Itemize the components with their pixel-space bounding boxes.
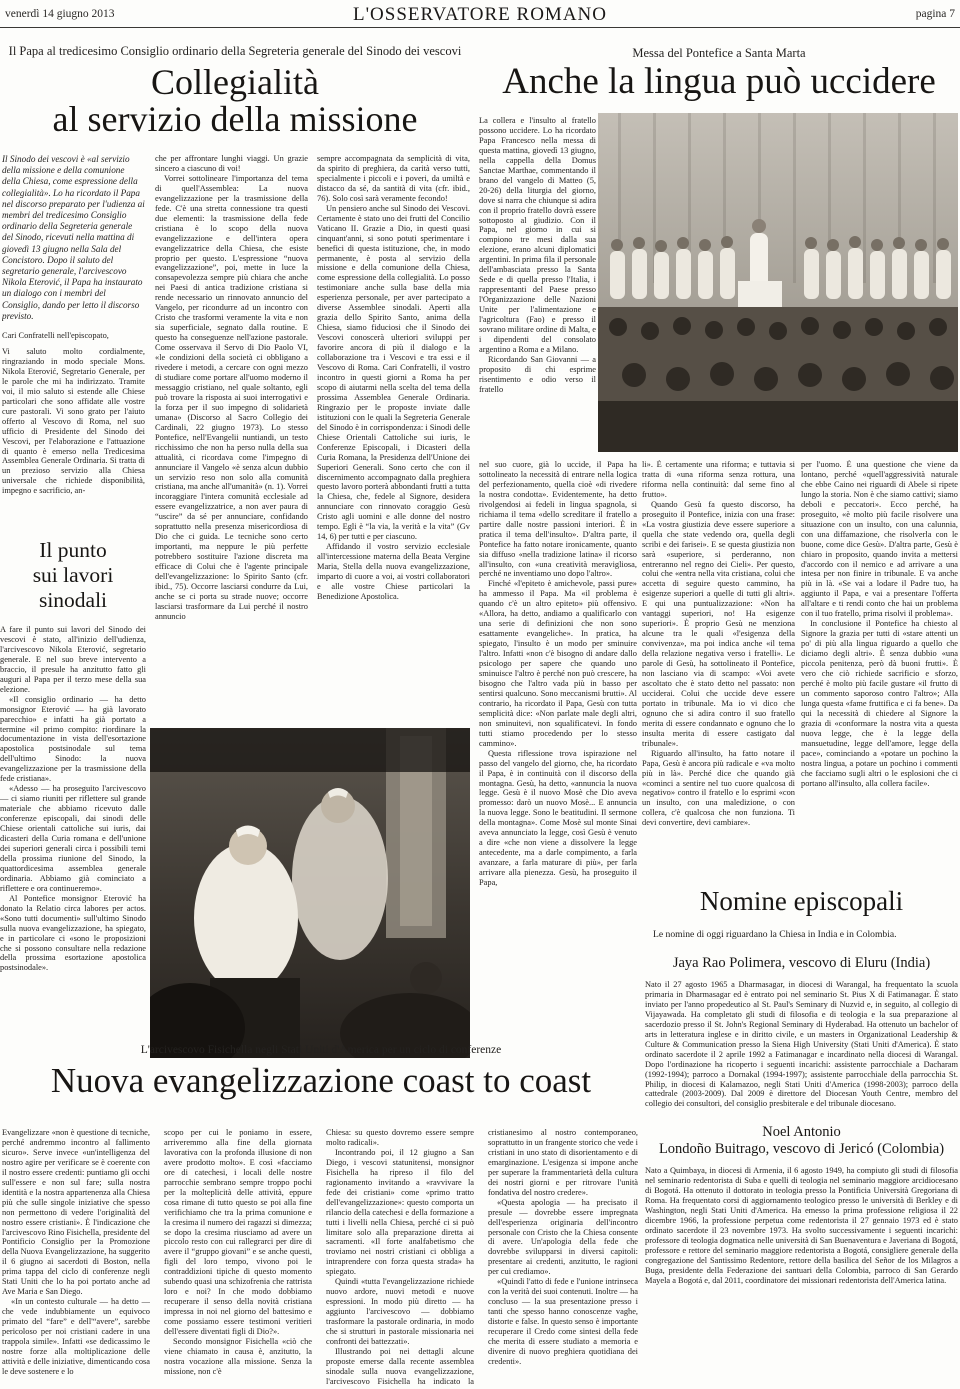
nomine-intro: Le nomine di oggi riguardano la Chiesa i… (645, 929, 958, 940)
right-article-column-a: nel suo cuore, già lo uccide, il Papa ha… (479, 460, 637, 1012)
bottom-article-headline: Nuova evangelizzazione coast to coast (0, 1062, 642, 1099)
left-article-column-2: che per affrontare lunghi viaggi. Un gra… (155, 154, 308, 724)
audience-photo (150, 728, 470, 1058)
nomine-title: Nomine episcopali (645, 886, 958, 916)
nomine-entry2-bio: Nato a Quimbaya, in diocesi di Armenia, … (645, 1166, 958, 1285)
page-number: pagina 7 (916, 8, 955, 20)
sidebar-box-title: Il puntosui lavorisinodali (0, 538, 146, 613)
left-article-column-3: sempre accompagnata da semplicità di vit… (317, 154, 470, 716)
right-article-kicker: Messa del Pontefice a Santa Marta (478, 46, 960, 61)
mass-photo (598, 113, 958, 452)
nomine-entry1-bio: Nato il 27 agosto 1965 a Dharmasagar, in… (645, 980, 958, 1109)
nomine-entry1-heading: Jaya Rao Polimera, vescovo di Eluru (Ind… (645, 955, 958, 972)
audience-photo-graphic (150, 728, 470, 1058)
right-article-narrow-column: La collera e l'insulto al fratello posso… (479, 116, 596, 455)
left-article-kicker: Il Papa al tredicesimo Consiglio ordinar… (0, 44, 470, 59)
mass-photo-graphic (598, 113, 958, 452)
left-article-headline: Collegialità al servizio della missione (0, 64, 470, 138)
bottom-article-column-1: Evangelizzare «non è questione di tecnic… (2, 1128, 150, 1387)
left-article-lede: Il Sinodo dei vescovi è «al servizio del… (2, 154, 145, 322)
left-article-column-1: Il Sinodo dei vescovi è «al servizio del… (2, 154, 145, 506)
left-article-headline-line1: Collegialità (0, 64, 470, 101)
bottom-article-column-4: cristianesimo al nostro contemporaneo, s… (488, 1128, 638, 1387)
masthead: L'OSSERVATORE ROMANO (0, 4, 960, 26)
bottom-article-kicker: L'arcivescovo Fisichella negli Stati Uni… (0, 1044, 642, 1056)
header-rule (0, 27, 960, 28)
nomine-section: Nomine episcopali Le nomine di oggi rigu… (645, 886, 958, 1389)
right-article-column-b: li». È certamente una riforma; e tuttavi… (642, 460, 795, 881)
bottom-article-column-2: scopo per cui le poniamo in essere, arri… (164, 1128, 312, 1387)
newspaper-page: venerdì 14 giugno 2013 L'OSSERVATORE ROM… (0, 0, 960, 1389)
sidebar-box-lavori-sinodali: Il puntosui lavorisinodali A fare il pun… (0, 538, 146, 1012)
right-article-column-c: per l'uomo. È una questione che viene da… (801, 460, 958, 881)
left-article-column-1-text: Vi saluto molto cordialmente, ringrazian… (2, 347, 145, 496)
nomine-entry2-heading: Noel AntonioLondoño Buitrago, vescovo di… (645, 1124, 958, 1158)
right-article-headline: Anche la lingua può uccidere (478, 62, 960, 102)
left-article-salutation: Cari Confratelli nell'episcopato, (2, 331, 145, 341)
bottom-article-column-3: Chiesa: su questo dovremo essere sempre … (326, 1128, 474, 1387)
sidebar-box-text: A fare il punto sui lavori del Sinodo de… (0, 625, 146, 973)
left-article-headline-line2: al servizio della missione (0, 101, 470, 138)
